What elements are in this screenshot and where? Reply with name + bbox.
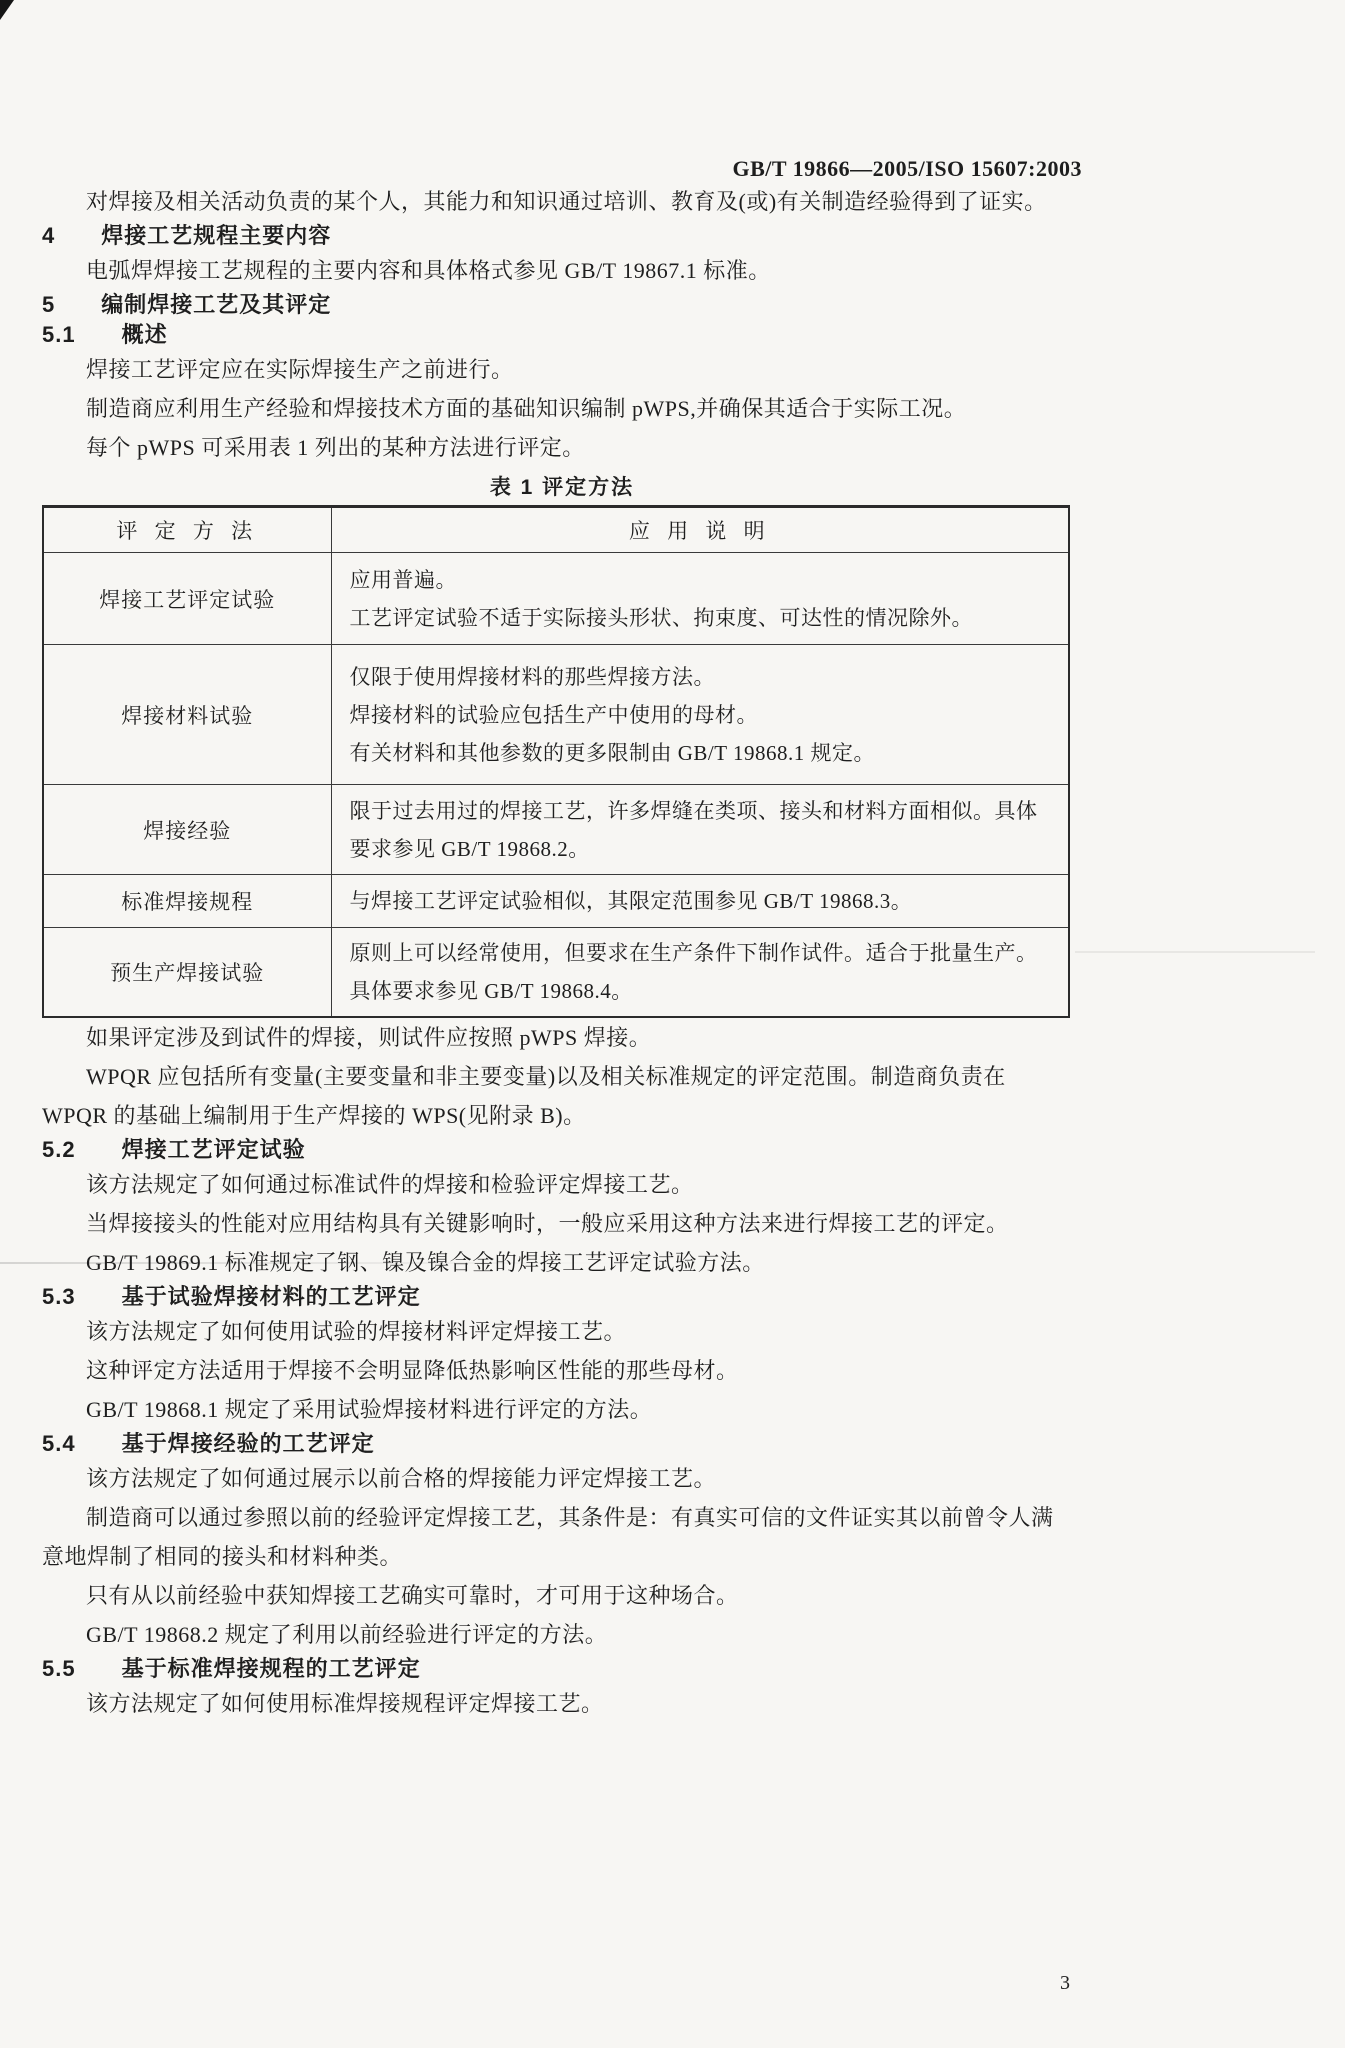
intro-paragraph: 对焊接及相关活动负责的某个人，其能力和知识通过培训、教育及(或)有关制造经验得到… xyxy=(42,182,1082,221)
table-row: 标准焊接规程 与焊接工艺评定试验相似，其限定范围参见 GB/T 19868.3。 xyxy=(43,875,1069,928)
scanned-document-page: GB/T 19866—2005/ISO 15607:2003 对焊接及相关活动负… xyxy=(0,0,1345,2048)
section-5-heading: 5编制焊接工艺及其评定 xyxy=(42,290,1082,320)
section-5-5-heading: 5.5基于标准焊接规程的工艺评定 xyxy=(42,1654,1082,1684)
paragraph: 电弧焊焊接工艺规程的主要内容和具体格式参见 GB/T 19867.1 标准。 xyxy=(42,251,1082,290)
section-5-2-heading: 5.2焊接工艺评定试验 xyxy=(42,1135,1082,1165)
section-title: 基于试验焊接材料的工艺评定 xyxy=(122,1284,421,1309)
table-row: 焊接工艺评定试验 应用普遍。 工艺评定试验不适于实际接头形状、拘束度、可达性的情… xyxy=(43,553,1069,645)
paragraph: GB/T 19868.1 规定了采用试验焊接材料进行评定的方法。 xyxy=(42,1390,1082,1429)
note-line: 限于过去用过的焊接工艺，许多焊缝在类项、接头和材料方面相似。具体要求参见 GB/… xyxy=(350,792,1059,868)
paragraph-line: WPQR 应包括所有变量(主要变量和非主要变量)以及相关标准规定的评定范围。制造… xyxy=(86,1064,1006,1089)
method-cell: 预生产焊接试验 xyxy=(43,928,331,1018)
note-line: 工艺评定试验不适于实际接头形状、拘束度、可达性的情况除外。 xyxy=(350,599,1059,637)
section-5-4-heading: 5.4基于焊接经验的工艺评定 xyxy=(42,1429,1082,1459)
table-row: 预生产焊接试验 原则上可以经常使用，但要求在生产条件下制作试件。适合于批量生产。… xyxy=(43,928,1069,1018)
column-header-application: 应 用 说 明 xyxy=(331,507,1069,553)
table-header-row: 评 定 方 法 应 用 说 明 xyxy=(43,507,1069,553)
paragraph: 每个 pWPS 可采用表 1 列出的某种方法进行评定。 xyxy=(42,428,1082,467)
paragraph-line: 制造商可以通过参照以前的经验评定焊接工艺，其条件是：有真实可信的文件证实其以前曾… xyxy=(86,1505,1054,1530)
scan-streak-artifact xyxy=(1075,951,1315,953)
paragraph: 这种评定方法适用于焊接不会明显降低热影响区性能的那些母材。 xyxy=(42,1351,1082,1390)
section-number: 4 xyxy=(42,223,55,248)
paragraph-line: 意地焊制了相同的接头和材料种类。 xyxy=(42,1544,402,1569)
section-number: 5.4 xyxy=(42,1431,76,1456)
section-title: 基于焊接经验的工艺评定 xyxy=(122,1431,375,1456)
section-5-3-heading: 5.3基于试验焊接材料的工艺评定 xyxy=(42,1282,1082,1312)
section-title: 概述 xyxy=(122,322,168,347)
paragraph-line: WPQR 的基础上编制用于生产焊接的 WPS(见附录 B)。 xyxy=(42,1103,586,1128)
section-number: 5.5 xyxy=(42,1656,76,1681)
section-number: 5.1 xyxy=(42,322,76,347)
scan-corner-artifact xyxy=(0,0,14,20)
paragraph: 该方法规定了如何使用试验的焊接材料评定焊接工艺。 xyxy=(42,1312,1082,1351)
paragraph: 该方法规定了如何通过标准试件的焊接和检验评定焊接工艺。 xyxy=(42,1165,1082,1204)
section-5-1-heading: 5.1概述 xyxy=(42,320,1082,350)
paragraph: 当焊接接头的性能对应用结构具有关键影响时，一般应采用这种方法来进行焊接工艺的评定… xyxy=(42,1204,1082,1243)
method-cell: 焊接工艺评定试验 xyxy=(43,553,331,645)
note-line: 有关材料和其他参数的更多限制由 GB/T 19868.1 规定。 xyxy=(350,734,1059,772)
column-header-method: 评 定 方 法 xyxy=(43,507,331,553)
note-line: 具体要求参见 GB/T 19868.4。 xyxy=(350,972,1059,1010)
paragraph: GB/T 19868.2 规定了利用以前经验进行评定的方法。 xyxy=(42,1615,1082,1654)
section-number: 5.2 xyxy=(42,1137,76,1162)
table-row: 焊接材料试验 仅限于使用焊接材料的那些焊接方法。 焊接材料的试验应包括生产中使用… xyxy=(43,645,1069,785)
paragraph: 只有从以前经验中获知焊接工艺确实可靠时，才可用于这种场合。 xyxy=(42,1576,1082,1615)
section-title: 焊接工艺规程主要内容 xyxy=(101,223,331,248)
notes-cell: 原则上可以经常使用，但要求在生产条件下制作试件。适合于批量生产。 具体要求参见 … xyxy=(331,928,1069,1018)
notes-cell: 仅限于使用焊接材料的那些焊接方法。 焊接材料的试验应包括生产中使用的母材。 有关… xyxy=(331,645,1069,785)
section-number: 5.3 xyxy=(42,1284,76,1309)
table-1-evaluation-methods: 评 定 方 法 应 用 说 明 焊接工艺评定试验 应用普遍。 工艺评定试验不适于… xyxy=(42,505,1070,1018)
paragraph: 焊接工艺评定应在实际焊接生产之前进行。 xyxy=(42,350,1082,389)
note-line: 与焊接工艺评定试验相似，其限定范围参见 GB/T 19868.3。 xyxy=(350,882,1059,920)
note-line: 仅限于使用焊接材料的那些焊接方法。 xyxy=(350,658,1059,696)
paragraph: GB/T 19869.1 标准规定了钢、镍及镍合金的焊接工艺评定试验方法。 xyxy=(42,1243,1082,1282)
method-cell: 标准焊接规程 xyxy=(43,875,331,928)
note-line: 原则上可以经常使用，但要求在生产条件下制作试件。适合于批量生产。 xyxy=(350,934,1059,972)
note-line: 焊接材料的试验应包括生产中使用的母材。 xyxy=(350,696,1059,734)
section-title: 基于标准焊接规程的工艺评定 xyxy=(122,1656,421,1681)
section-title: 焊接工艺评定试验 xyxy=(122,1137,306,1162)
method-cell: 焊接材料试验 xyxy=(43,645,331,785)
table-row: 焊接经验 限于过去用过的焊接工艺，许多焊缝在类项、接头和材料方面相似。具体要求参… xyxy=(43,785,1069,875)
paragraph: 如果评定涉及到试件的焊接，则试件应按照 pWPS 焊接。 xyxy=(42,1018,1082,1057)
section-number: 5 xyxy=(42,292,55,317)
paragraph: 制造商可以通过参照以前的经验评定焊接工艺，其条件是：有真实可信的文件证实其以前曾… xyxy=(42,1498,1082,1576)
paragraph: 该方法规定了如何使用标准焊接规程评定焊接工艺。 xyxy=(42,1684,1082,1723)
paragraph: 该方法规定了如何通过展示以前合格的焊接能力评定焊接工艺。 xyxy=(42,1459,1082,1498)
page-number: 3 xyxy=(1060,1972,1070,1995)
section-4-heading: 4焊接工艺规程主要内容 xyxy=(42,221,1082,251)
note-line: 应用普遍。 xyxy=(350,561,1059,599)
table-1-caption: 表 1 评定方法 xyxy=(42,473,1082,503)
section-title: 编制焊接工艺及其评定 xyxy=(101,292,331,317)
method-cell: 焊接经验 xyxy=(43,785,331,875)
standard-code-header: GB/T 19866—2005/ISO 15607:2003 xyxy=(42,156,1082,182)
paragraph: 制造商应利用生产经验和焊接技术方面的基础知识编制 pWPS,并确保其适合于实际工… xyxy=(42,389,1082,428)
paragraph: WPQR 应包括所有变量(主要变量和非主要变量)以及相关标准规定的评定范围。制造… xyxy=(42,1057,1082,1135)
notes-cell: 限于过去用过的焊接工艺，许多焊缝在类项、接头和材料方面相似。具体要求参见 GB/… xyxy=(331,785,1069,875)
notes-cell: 与焊接工艺评定试验相似，其限定范围参见 GB/T 19868.3。 xyxy=(331,875,1069,928)
notes-cell: 应用普遍。 工艺评定试验不适于实际接头形状、拘束度、可达性的情况除外。 xyxy=(331,553,1069,645)
